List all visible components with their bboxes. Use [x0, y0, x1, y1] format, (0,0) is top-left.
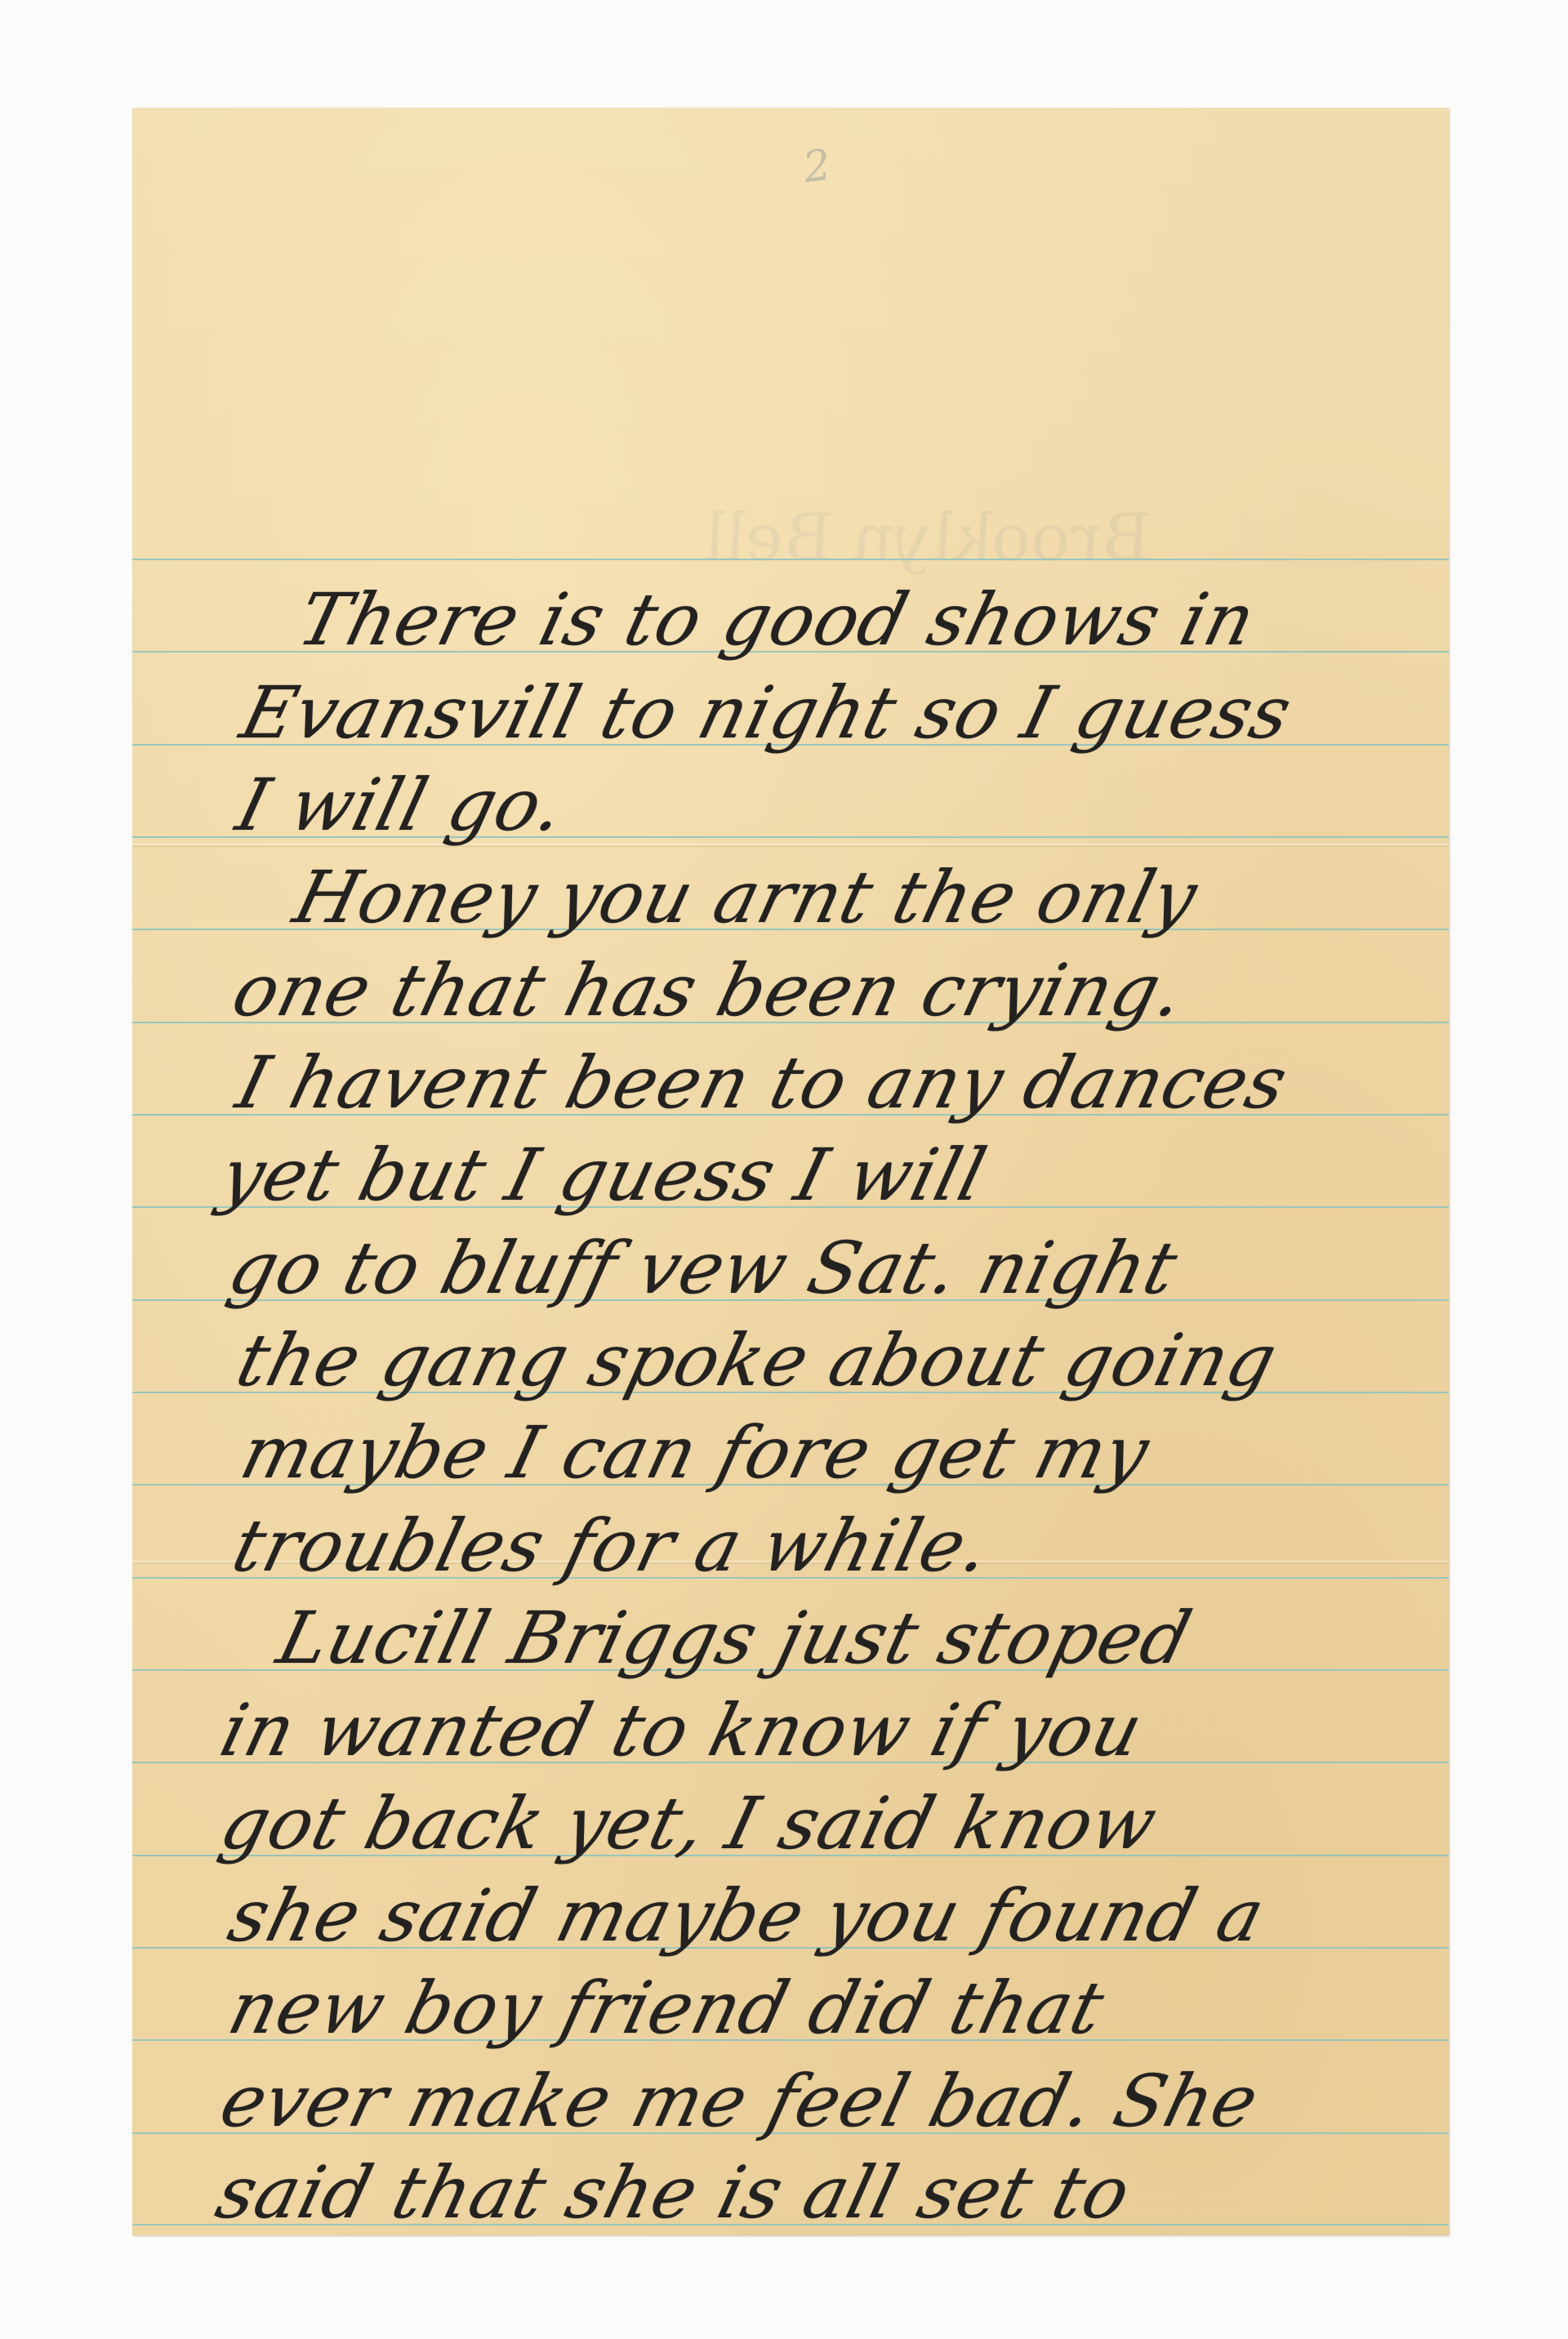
ruled-line: [132, 559, 1449, 560]
letter-line: she said maybe you found a: [222, 1880, 1272, 1952]
letter-paper: 2 Brooklyn Bell There is to good shows i…: [132, 108, 1449, 2235]
letter-line: go to bluff vew Sat. night: [222, 1232, 1184, 1304]
page-number-mark: 2: [800, 140, 834, 193]
letter-line: ever make me feel bad. She: [214, 2065, 1266, 2137]
letter-line: new boy friend did that: [222, 1972, 1111, 2044]
letter-line: Evansvill to night so I guess: [234, 677, 1298, 749]
letter-line: the gang spoke about going: [230, 1325, 1284, 1397]
letter-line: Honey you arnt the only: [287, 862, 1205, 933]
letter-line: troubles for a while.: [226, 1510, 997, 1582]
letter-line: one that has been crying.: [226, 955, 1192, 1027]
letter-line: Lucill Briggs just stoped: [271, 1602, 1198, 1674]
letter-line: yet but I guess I will: [214, 1139, 993, 1211]
letter-line: got back yet, I said know: [214, 1788, 1164, 1860]
reverse-side-show-through: Brooklyn Bell: [694, 500, 1160, 576]
letter-line: said that she is all set to: [210, 2157, 1138, 2229]
letter-line: maybe I can fore get my: [234, 1417, 1156, 1489]
letter-line: There is to good shows in: [292, 584, 1263, 656]
letter-line: in wanted to know if you: [214, 1695, 1150, 1767]
letter-line: I havent been to any dances: [230, 1047, 1294, 1119]
letter-line: I will go.: [230, 769, 572, 841]
